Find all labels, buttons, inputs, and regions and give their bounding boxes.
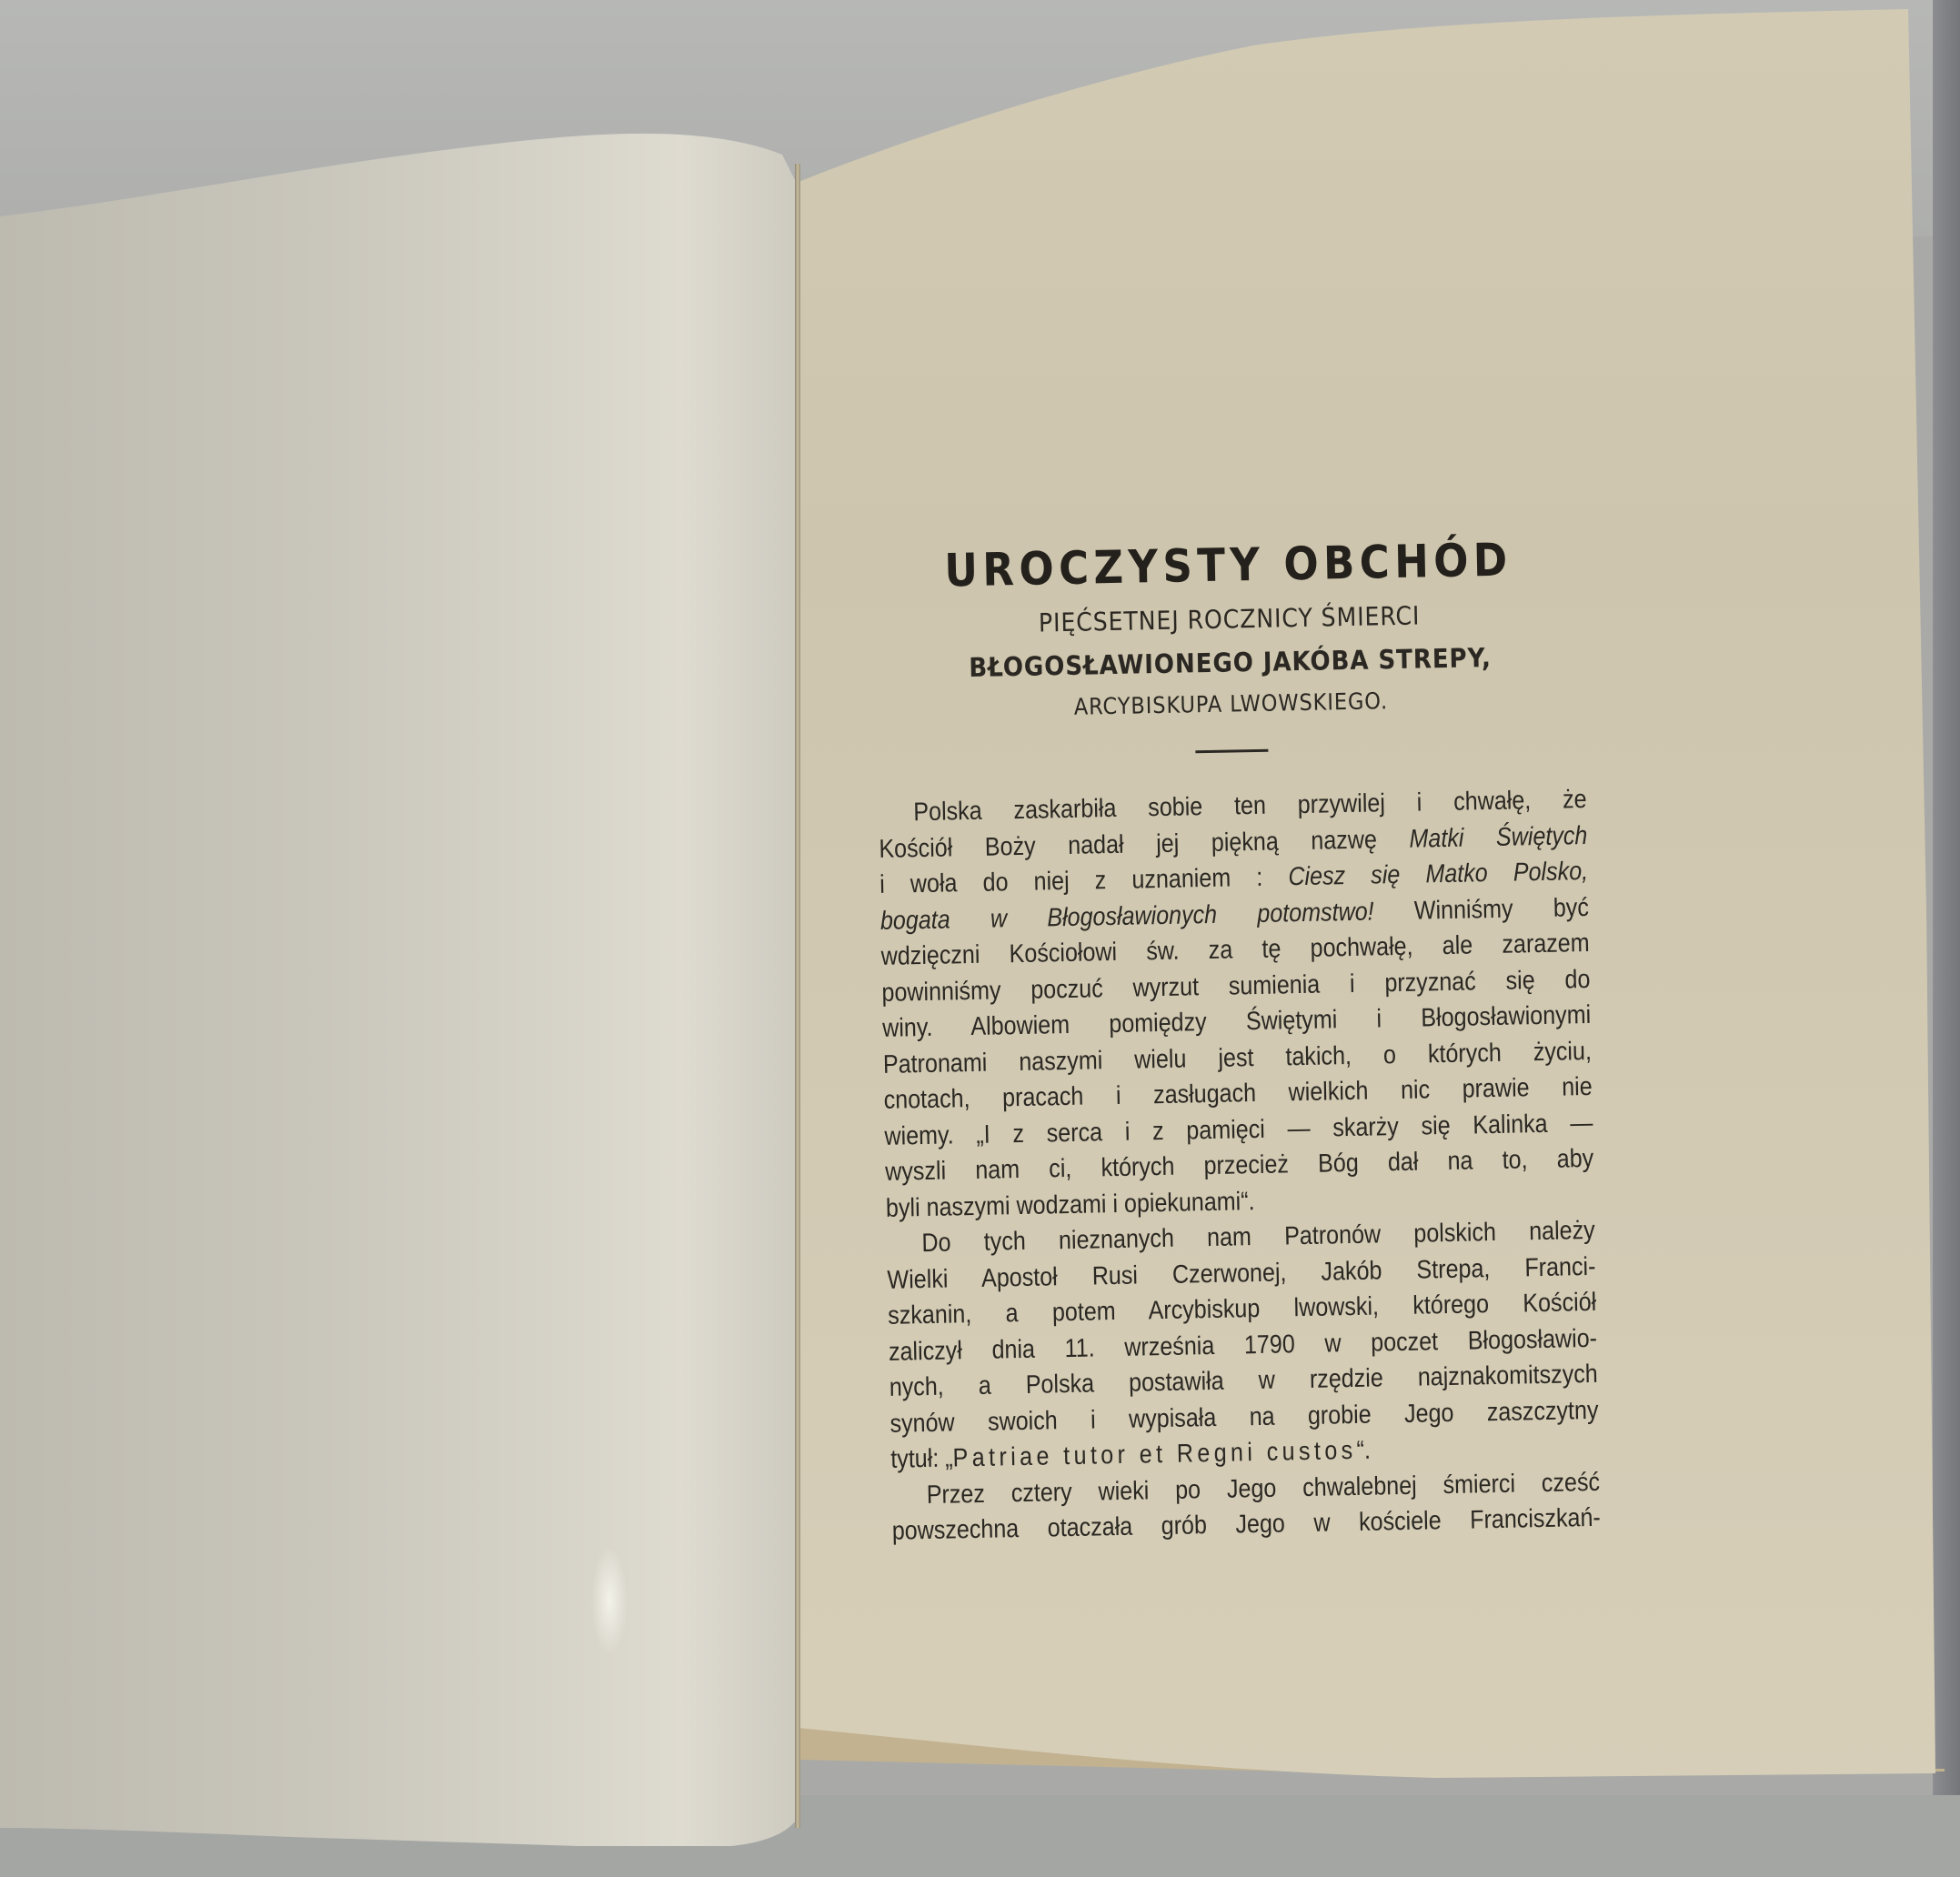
paragraph: Przez cztery wieki po Jego chwalebnej śm… [891, 1464, 1601, 1550]
title-divider [1195, 749, 1268, 754]
page-title: UROCZYSTY OBCHÓD [909, 533, 1548, 597]
subtitle-name: BŁOGOSŁAWIONEGO JAKÓBA STREPY, [910, 641, 1550, 684]
paragraph: Polska zaskarbiła sobie ten przywilej i … [878, 782, 1594, 1227]
background-right-shadow [1933, 0, 1960, 1877]
subtitle-anniversary: PIĘĆSETNEJ ROCZNICY ŚMIERCI [910, 598, 1549, 640]
left-blank-page [0, 0, 800, 1846]
page-text-block: UROCZYSTY OBCHÓD PIĘĆSETNEJ ROCZNICY ŚMI… [873, 532, 1602, 1550]
subtitle-office: ARCYBISKUPA LWOWSKIEGO. [911, 685, 1550, 723]
book-spine [795, 164, 800, 1828]
paragraph: Do tych nieznanych nam Patronów polskich… [886, 1213, 1599, 1478]
body-text: Polska zaskarbiła sobie ten przywilej i … [878, 782, 1602, 1550]
page-glare [591, 1546, 628, 1655]
